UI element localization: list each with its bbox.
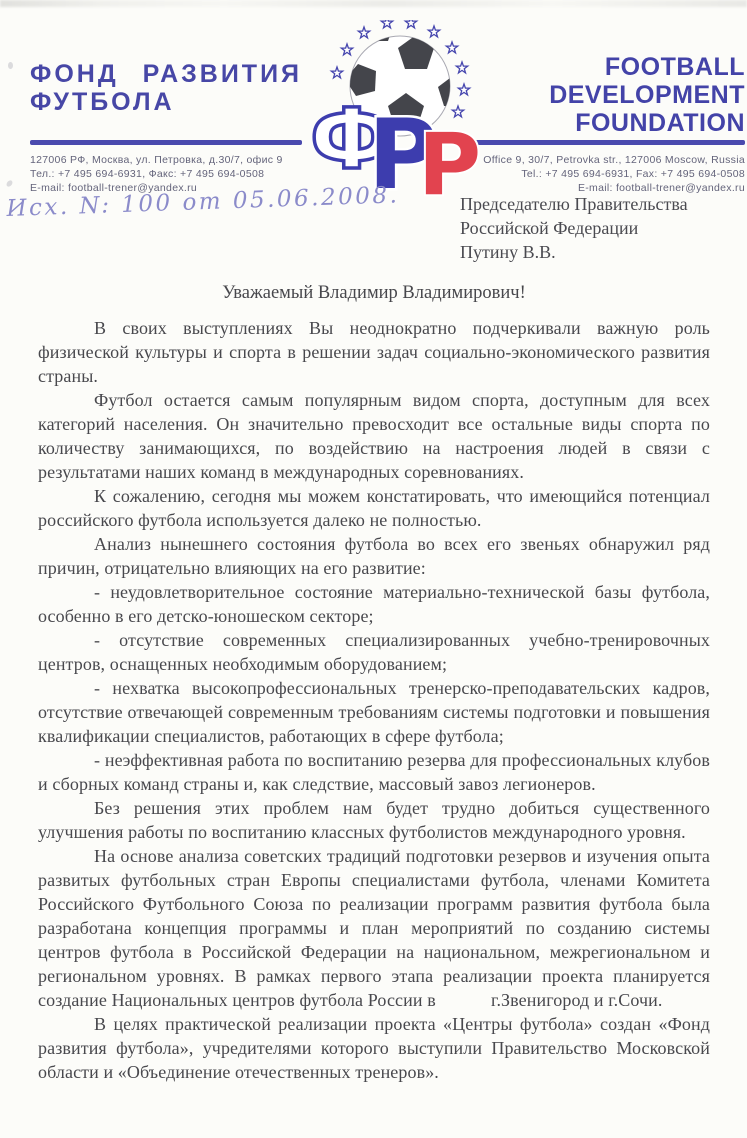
address-russian-line2: Тел.: +7 495 694-6931, Факс: +7 495 694-… xyxy=(30,167,283,181)
addressee-line3: Путину В.В. xyxy=(460,240,688,264)
body-paragraph: В целях практической реализации проекта … xyxy=(38,1012,710,1084)
address-english-line2: Tel.: +7 495 694-6931, Fax: +7 495 694-0… xyxy=(483,167,745,181)
addressee-line2: Российской Федерации xyxy=(460,216,688,240)
scan-edge-artifact xyxy=(0,0,747,7)
org-name-russian-line1: ФОНД РАЗВИТИЯ xyxy=(30,60,302,88)
body-paragraph: На основе анализа советских традиций под… xyxy=(38,844,710,1012)
org-name-russian-line2: ФУТБОЛА xyxy=(30,88,302,116)
address-russian-line1: 127006 РФ, Москва, ул. Петровка, д.30/7,… xyxy=(30,153,283,167)
divider-left xyxy=(30,140,302,145)
body-paragraph: Футбол остается самым популярным видом с… xyxy=(38,388,710,484)
letter-body: В своих выступлениях Вы неоднократно под… xyxy=(38,316,710,1084)
body-list-item-dash: - неудовлетворительное состояние материа… xyxy=(38,580,710,628)
addressee-block: Председателю Правительства Российской Фе… xyxy=(460,192,688,264)
address-english: Office 9, 30/7, Petrovka str., 127006 Mo… xyxy=(483,153,745,195)
org-name-english-line2: DEVELOPMENT xyxy=(549,81,745,109)
org-name-english-line1: FOOTBALL xyxy=(549,53,745,81)
scan-speck xyxy=(5,179,13,188)
body-paragraph: Без решения этих проблем нам будет трудн… xyxy=(38,796,710,844)
address-english-line1: Office 9, 30/7, Petrovka str., 127006 Mo… xyxy=(483,153,745,167)
org-name-english-line3: FOUNDATION xyxy=(549,109,745,137)
body-paragraph: К сожалению, сегодня мы можем констатиро… xyxy=(38,484,710,532)
addressee-line1: Председателю Правительства xyxy=(460,192,688,216)
scanned-letter-page: ФОНД РАЗВИТИЯ ФУТБОЛА FOOTBALL DEVELOPME… xyxy=(0,0,747,1138)
body-paragraph: В своих выступлениях Вы неоднократно под… xyxy=(38,316,710,388)
body-list-item-dash: - отсутствие современных специализирован… xyxy=(38,628,710,676)
scan-speck xyxy=(8,62,13,69)
salutation: Уважаемый Владимир Владимирович! xyxy=(38,283,710,304)
body-paragraph: Анализ нынешнего состояния футбола во вс… xyxy=(38,532,710,580)
foundation-logo: Ф Р Р xyxy=(296,20,482,198)
body-list-item-dash: - неэффективная работа по воспитанию рез… xyxy=(38,748,710,796)
org-name-russian: ФОНД РАЗВИТИЯ ФУТБОЛА xyxy=(30,60,302,116)
divider-right xyxy=(468,140,745,145)
body-list-item-dash: - нехватка высокопрофессиональных тренер… xyxy=(38,676,710,748)
foundation-logo-image: Ф Р Р xyxy=(296,20,482,198)
org-name-english: FOOTBALL DEVELOPMENT FOUNDATION xyxy=(549,53,745,137)
logo-letter-r-red: Р xyxy=(418,115,481,198)
